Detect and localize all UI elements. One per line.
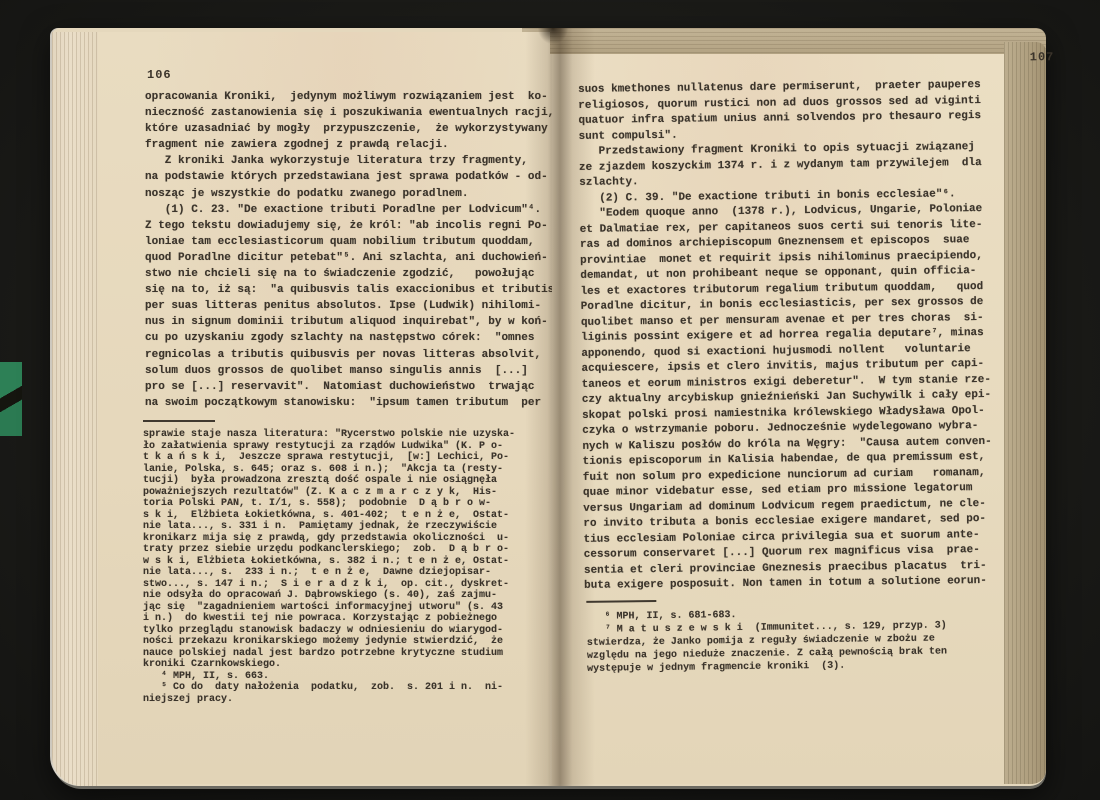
green-cover-accent xyxy=(0,362,22,436)
page-right: 107 suos kmethones nullatenus dare permi… xyxy=(552,54,1004,784)
open-book: 106 opracowania Kroniki, jedynym możliwy… xyxy=(52,28,1046,786)
page-number-left: 106 xyxy=(147,68,172,82)
left-page-footnotes: sprawie staje nasza literatura: "Rycerst… xyxy=(143,429,515,705)
right-footnote-separator xyxy=(586,600,656,603)
left-footnote-separator xyxy=(143,420,215,422)
book-scan-scene: 106 opracowania Kroniki, jedynym możliwy… xyxy=(0,0,1100,800)
page-left: 106 opracowania Kroniki, jedynym możliwy… xyxy=(98,32,550,784)
right-page-body-text: suos kmethones nullatenus dare permiseru… xyxy=(578,78,993,594)
left-page-body-text: opracowania Kroniki, jedynym możliwym ro… xyxy=(145,89,554,411)
right-page-footnotes: ⁶ MPH, II, s. 681-683. ⁷ M a t u s z e w… xyxy=(586,606,947,675)
right-page-tilt-wrapper: 107 suos kmethones nullatenus dare permi… xyxy=(552,49,1013,784)
left-page-edge-stack xyxy=(52,32,98,786)
page-number-right: 107 xyxy=(1030,50,1055,64)
spine-notch-shadow xyxy=(538,28,568,44)
